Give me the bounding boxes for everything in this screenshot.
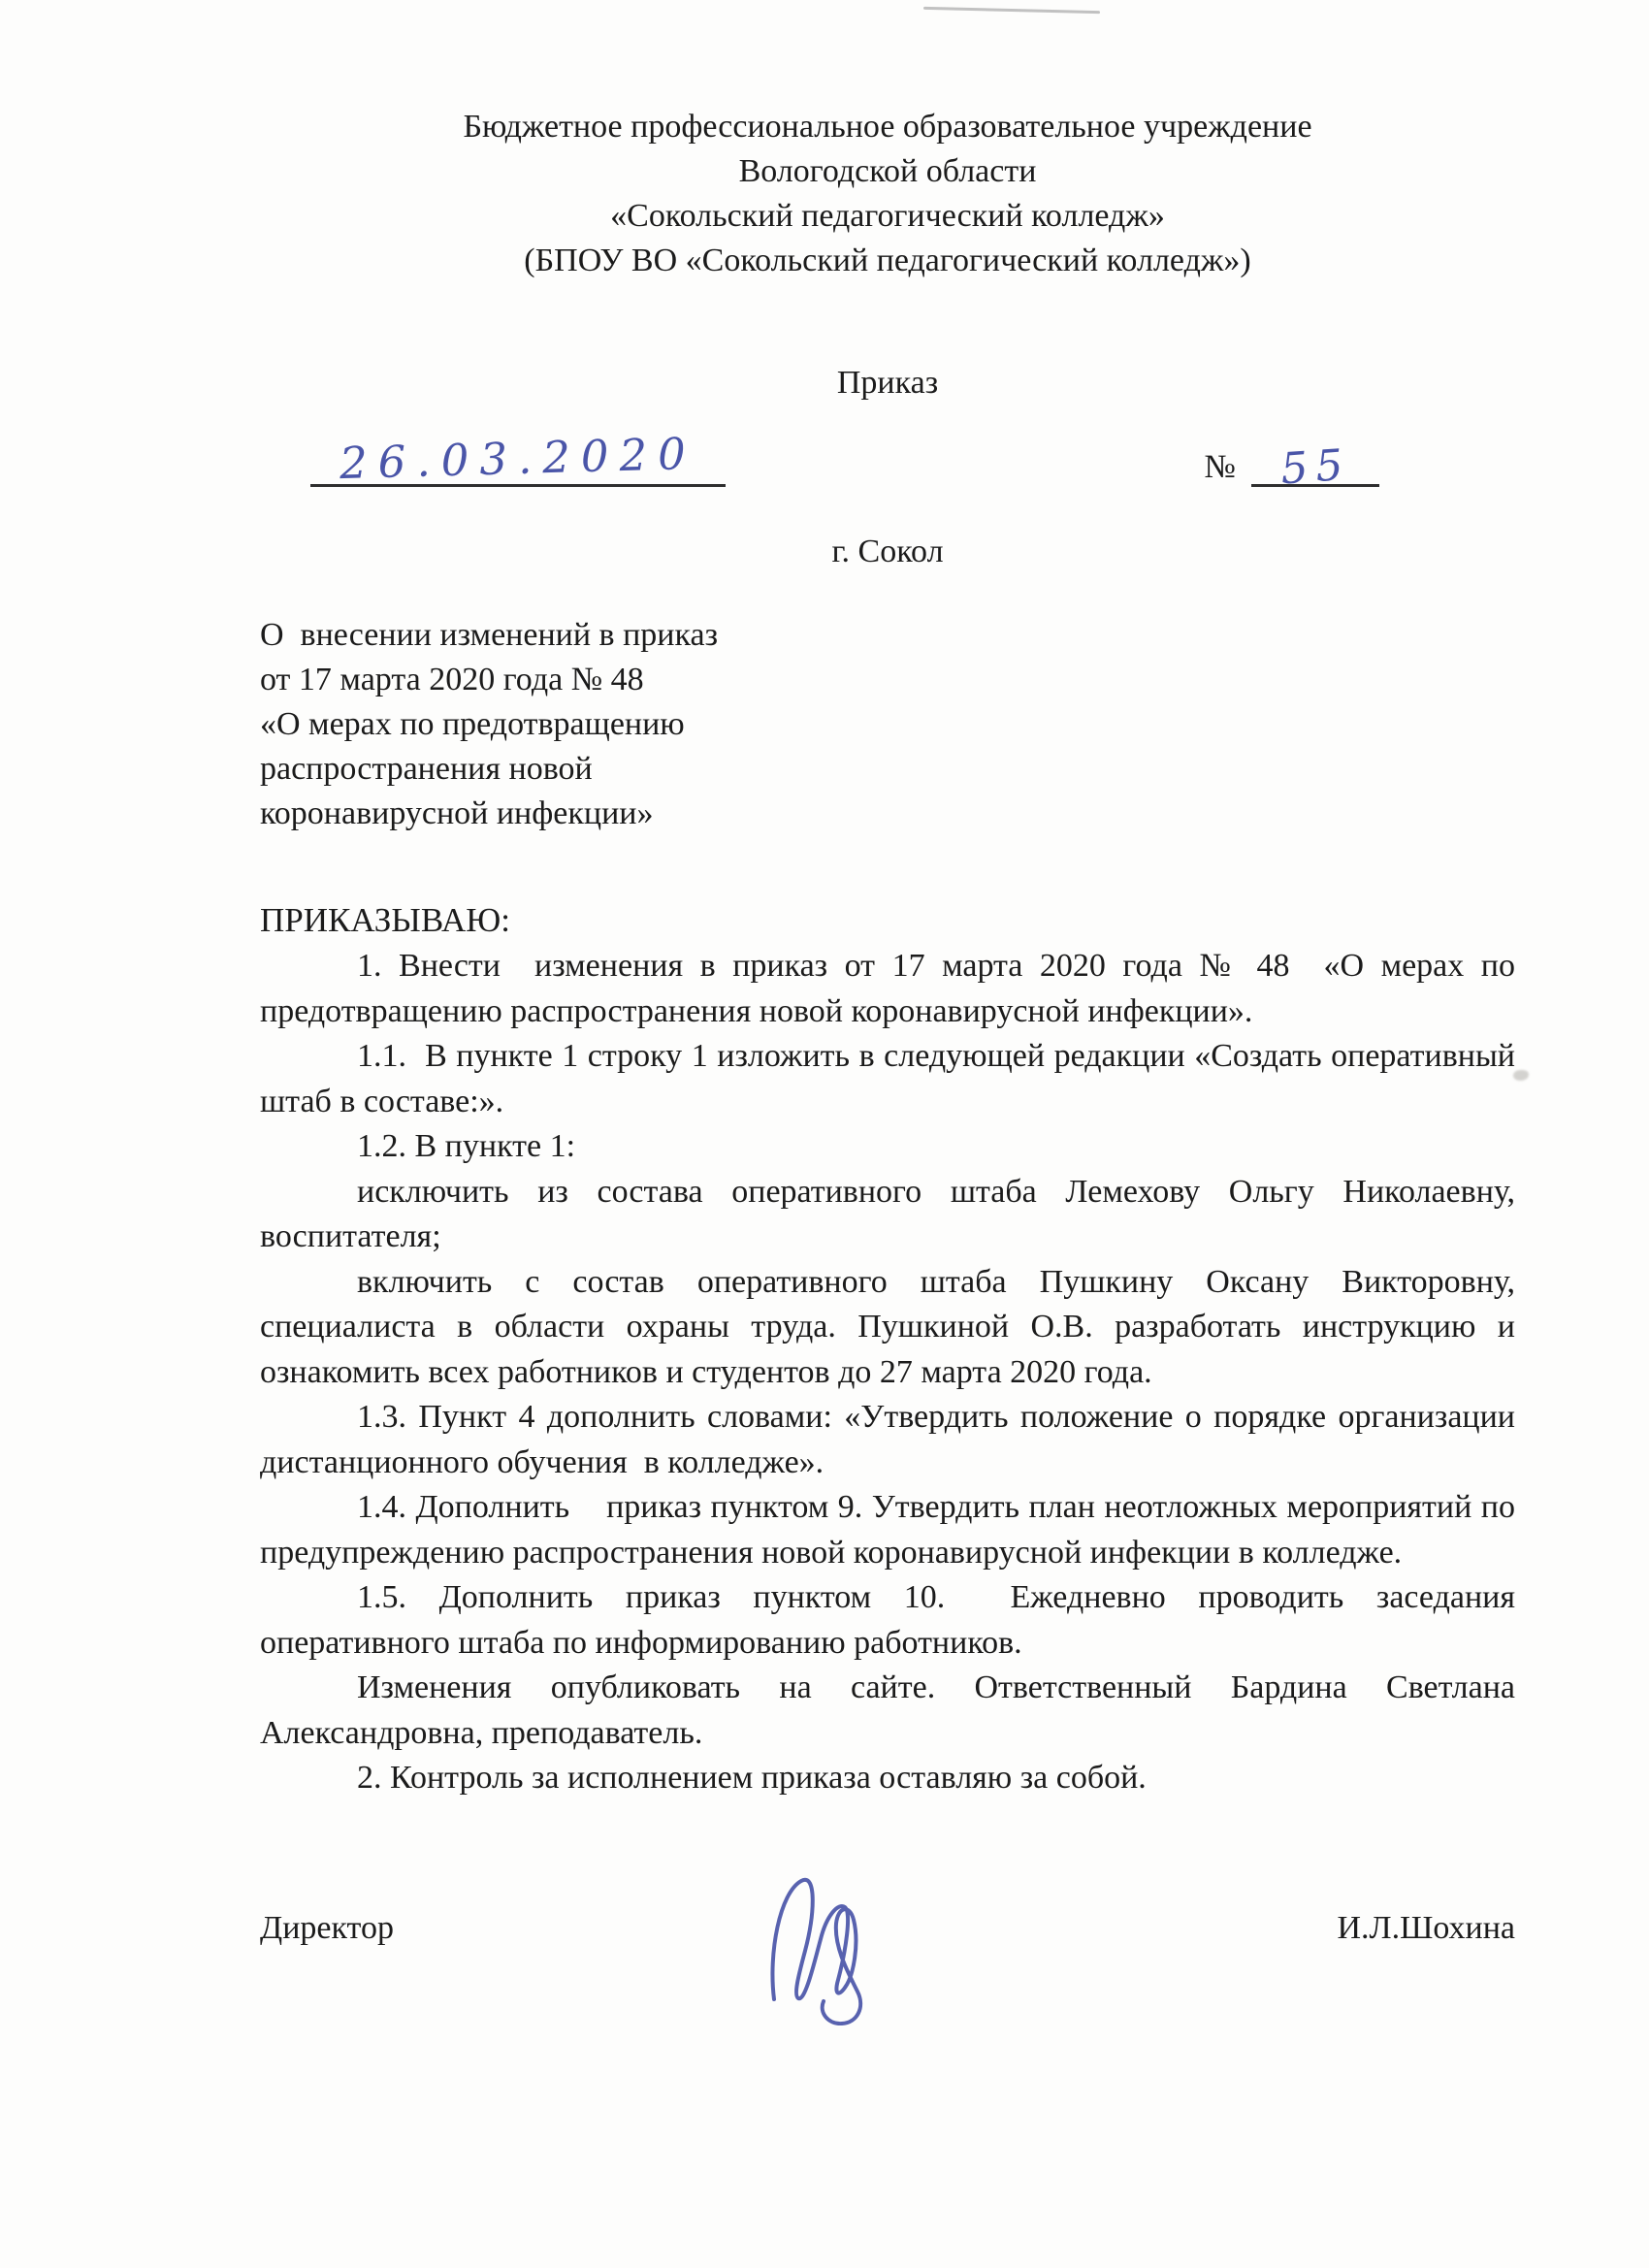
signature-row: Директор И.Л.Шохина xyxy=(260,1906,1515,1951)
para-item-1-1: 1.1. В пункте 1 строку 1 изложить в след… xyxy=(260,1034,1515,1124)
order-body: 1. Внести изменения в приказ от 17 марта… xyxy=(260,944,1515,1801)
signer-position: Директор xyxy=(260,1906,394,1951)
org-header-line: (БПОУ ВО «Сокольский педагогический колл… xyxy=(260,239,1515,283)
scan-artifact-speck xyxy=(1513,1070,1529,1081)
para-item-1-3: 1.3. Пункт 4 дополнить словами: «Утверди… xyxy=(260,1395,1515,1485)
subject-block: О внесении изменений в приказ от 17 март… xyxy=(260,613,1515,836)
para-item-2: 2. Контроль за исполнением приказа остав… xyxy=(260,1756,1515,1801)
place-line: г. Сокол xyxy=(260,530,1515,574)
org-header-line: Вологодской области xyxy=(260,149,1515,194)
handwritten-signature xyxy=(753,1846,898,2030)
doc-title: Приказ xyxy=(260,361,1515,405)
para-item-1-2: 1.2. В пункте 1: xyxy=(260,1124,1515,1170)
para-include-member: включить с состав оперативного штаба Пуш… xyxy=(260,1260,1515,1396)
para-item-1-4: 1.4. Дополнить приказ пунктом 9. Утверди… xyxy=(260,1485,1515,1575)
number-line: 55 xyxy=(1251,439,1379,487)
date-field: 26.03.2020 xyxy=(310,431,726,487)
handwritten-date: 26.03.2020 xyxy=(339,428,697,489)
para-publish: Изменения опубликовать на сайте. Ответст… xyxy=(260,1666,1515,1756)
subject-line: О внесении изменений в приказ xyxy=(260,613,1515,658)
number-sign-label: № xyxy=(1205,448,1236,487)
subject-line: от 17 марта 2020 года № 48 xyxy=(260,658,1515,702)
date-number-row: 26.03.2020 № 55 xyxy=(260,431,1515,487)
org-header-line: «Сокольский педагогический колледж» xyxy=(260,194,1515,239)
org-header-line: Бюджетное профессиональное образовательн… xyxy=(260,105,1515,149)
signer-name: И.Л.Шохина xyxy=(1337,1906,1515,1951)
scanned-order-document: Бюджетное профессиональное образовательн… xyxy=(0,0,1649,2268)
subject-line: распространения новой xyxy=(260,747,1515,792)
para-item-1: 1. Внести изменения в приказ от 17 марта… xyxy=(260,944,1515,1034)
scan-artifact-line xyxy=(923,7,1100,14)
subject-line: «О мерах по предотвращению xyxy=(260,702,1515,747)
para-exclude-member: исключить из состава оперативного штаба … xyxy=(260,1170,1515,1260)
subject-line: коронавирусной инфекции» xyxy=(260,792,1515,836)
number-field: № 55 xyxy=(1205,439,1379,487)
para-item-1-5: 1.5. Дополнить приказ пунктом 10. Ежедне… xyxy=(260,1575,1515,1666)
handwritten-number: 55 xyxy=(1279,443,1352,493)
resolution-heading: ПРИКАЗЫВАЮ: xyxy=(260,896,1515,944)
org-header: Бюджетное профессиональное образовательн… xyxy=(260,105,1515,283)
